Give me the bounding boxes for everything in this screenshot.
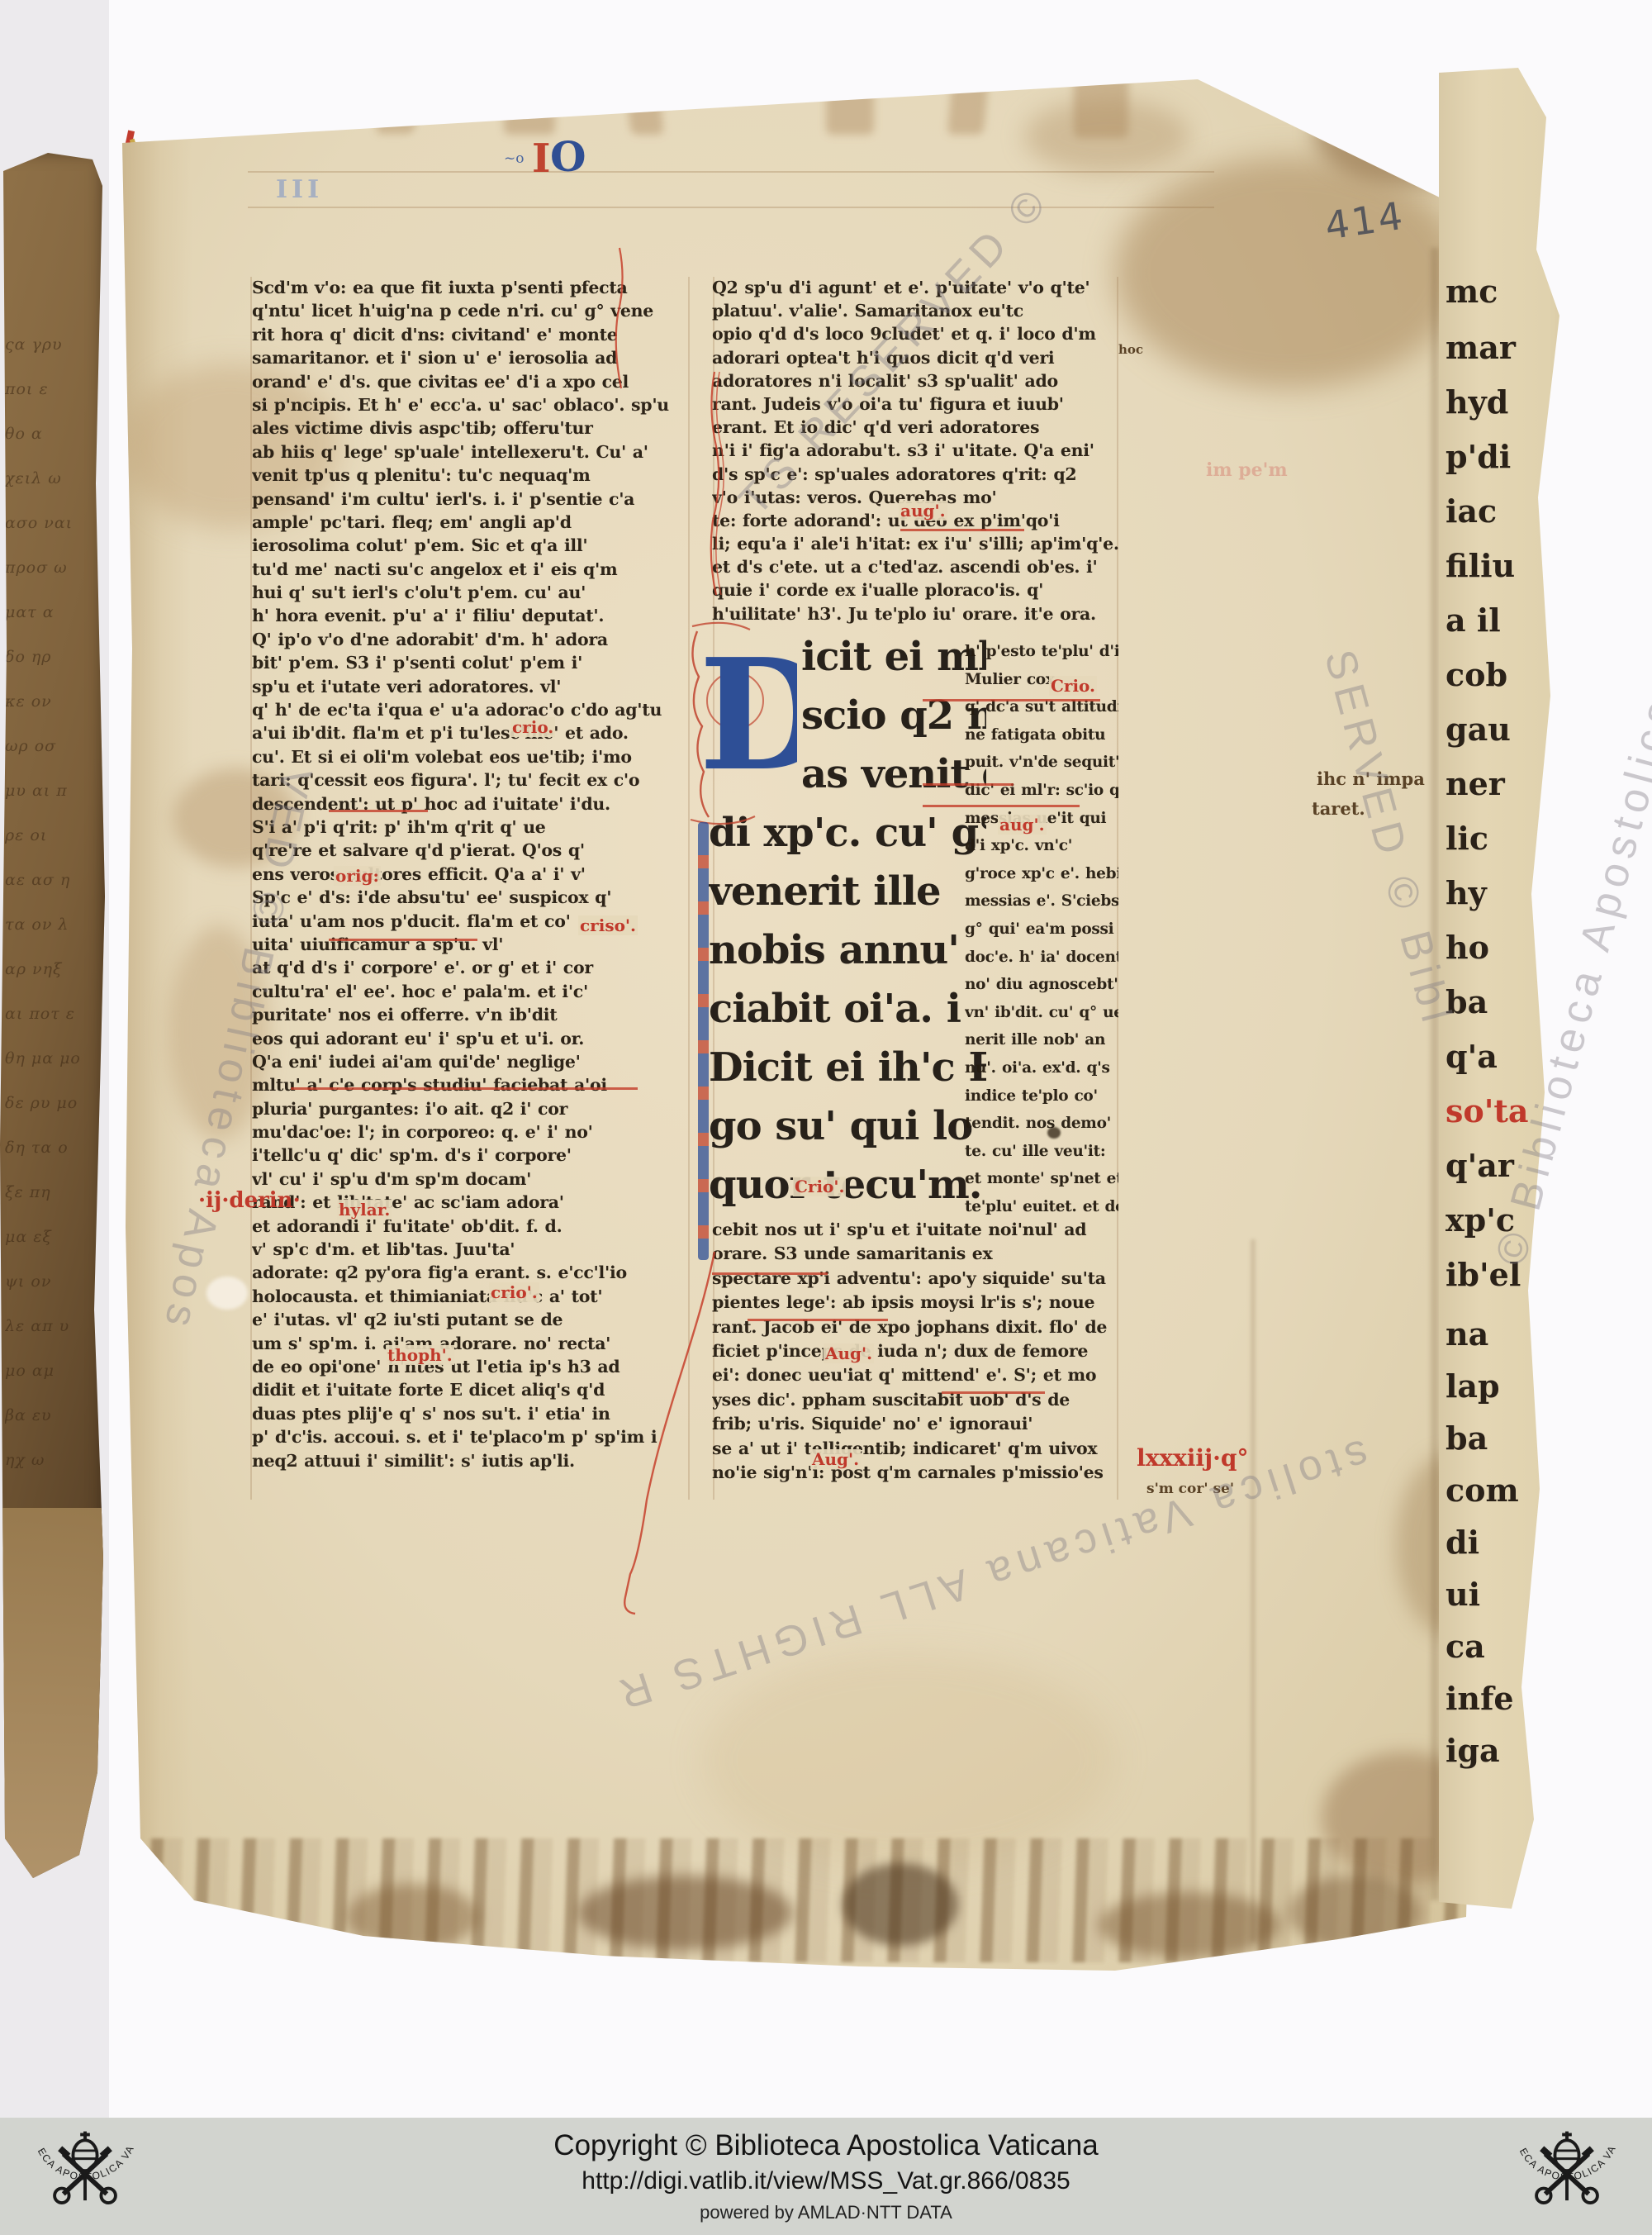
margin-note: lxxxiij·q°: [1137, 1444, 1248, 1472]
margin-note: im pe'm: [1206, 459, 1288, 481]
vatican-library-logo-right: BIBLIOTECA APOSTOLICA VATICANA: [1505, 2120, 1629, 2233]
margin-note: taret.: [1312, 798, 1365, 819]
footer-url: http://digi.vatlib.it/view/MSS_Vat.gr.86…: [170, 2167, 1482, 2195]
page-text-overlay: III I O ~o 414 Scd'm v'o: ea que fit iux…: [0, 0, 1652, 2235]
footer-text: Copyright © Biblioteca Apostolica Vatica…: [170, 2129, 1482, 2223]
footer-copyright: Copyright © Biblioteca Apostolica Vatica…: [170, 2129, 1482, 2162]
footer-powered-by: powered by AMLAD·NTT DATA: [170, 2202, 1482, 2223]
footer-bar: BIBLIOTECA APOSTOLICA VATICANA Copyright…: [0, 2118, 1652, 2235]
margin-note: ihc n' impa: [1317, 768, 1425, 789]
manuscript-scan-page: ςα γρυποι εθο αχειλ ωασο ναιπροσ ωματ αδ…: [0, 0, 1652, 2235]
margin-note: hoc: [1118, 342, 1143, 357]
vatican-library-logo-left: BIBLIOTECA APOSTOLICA VATICANA: [23, 2120, 147, 2233]
margin-note: ·ij·derin·: [198, 1188, 301, 1213]
margin-note: s'm cor' se': [1146, 1481, 1234, 1497]
margin-note-layer: ·ij·derin·lxxxiij·q°s'm cor' se'ihc n' i…: [0, 0, 1652, 2235]
